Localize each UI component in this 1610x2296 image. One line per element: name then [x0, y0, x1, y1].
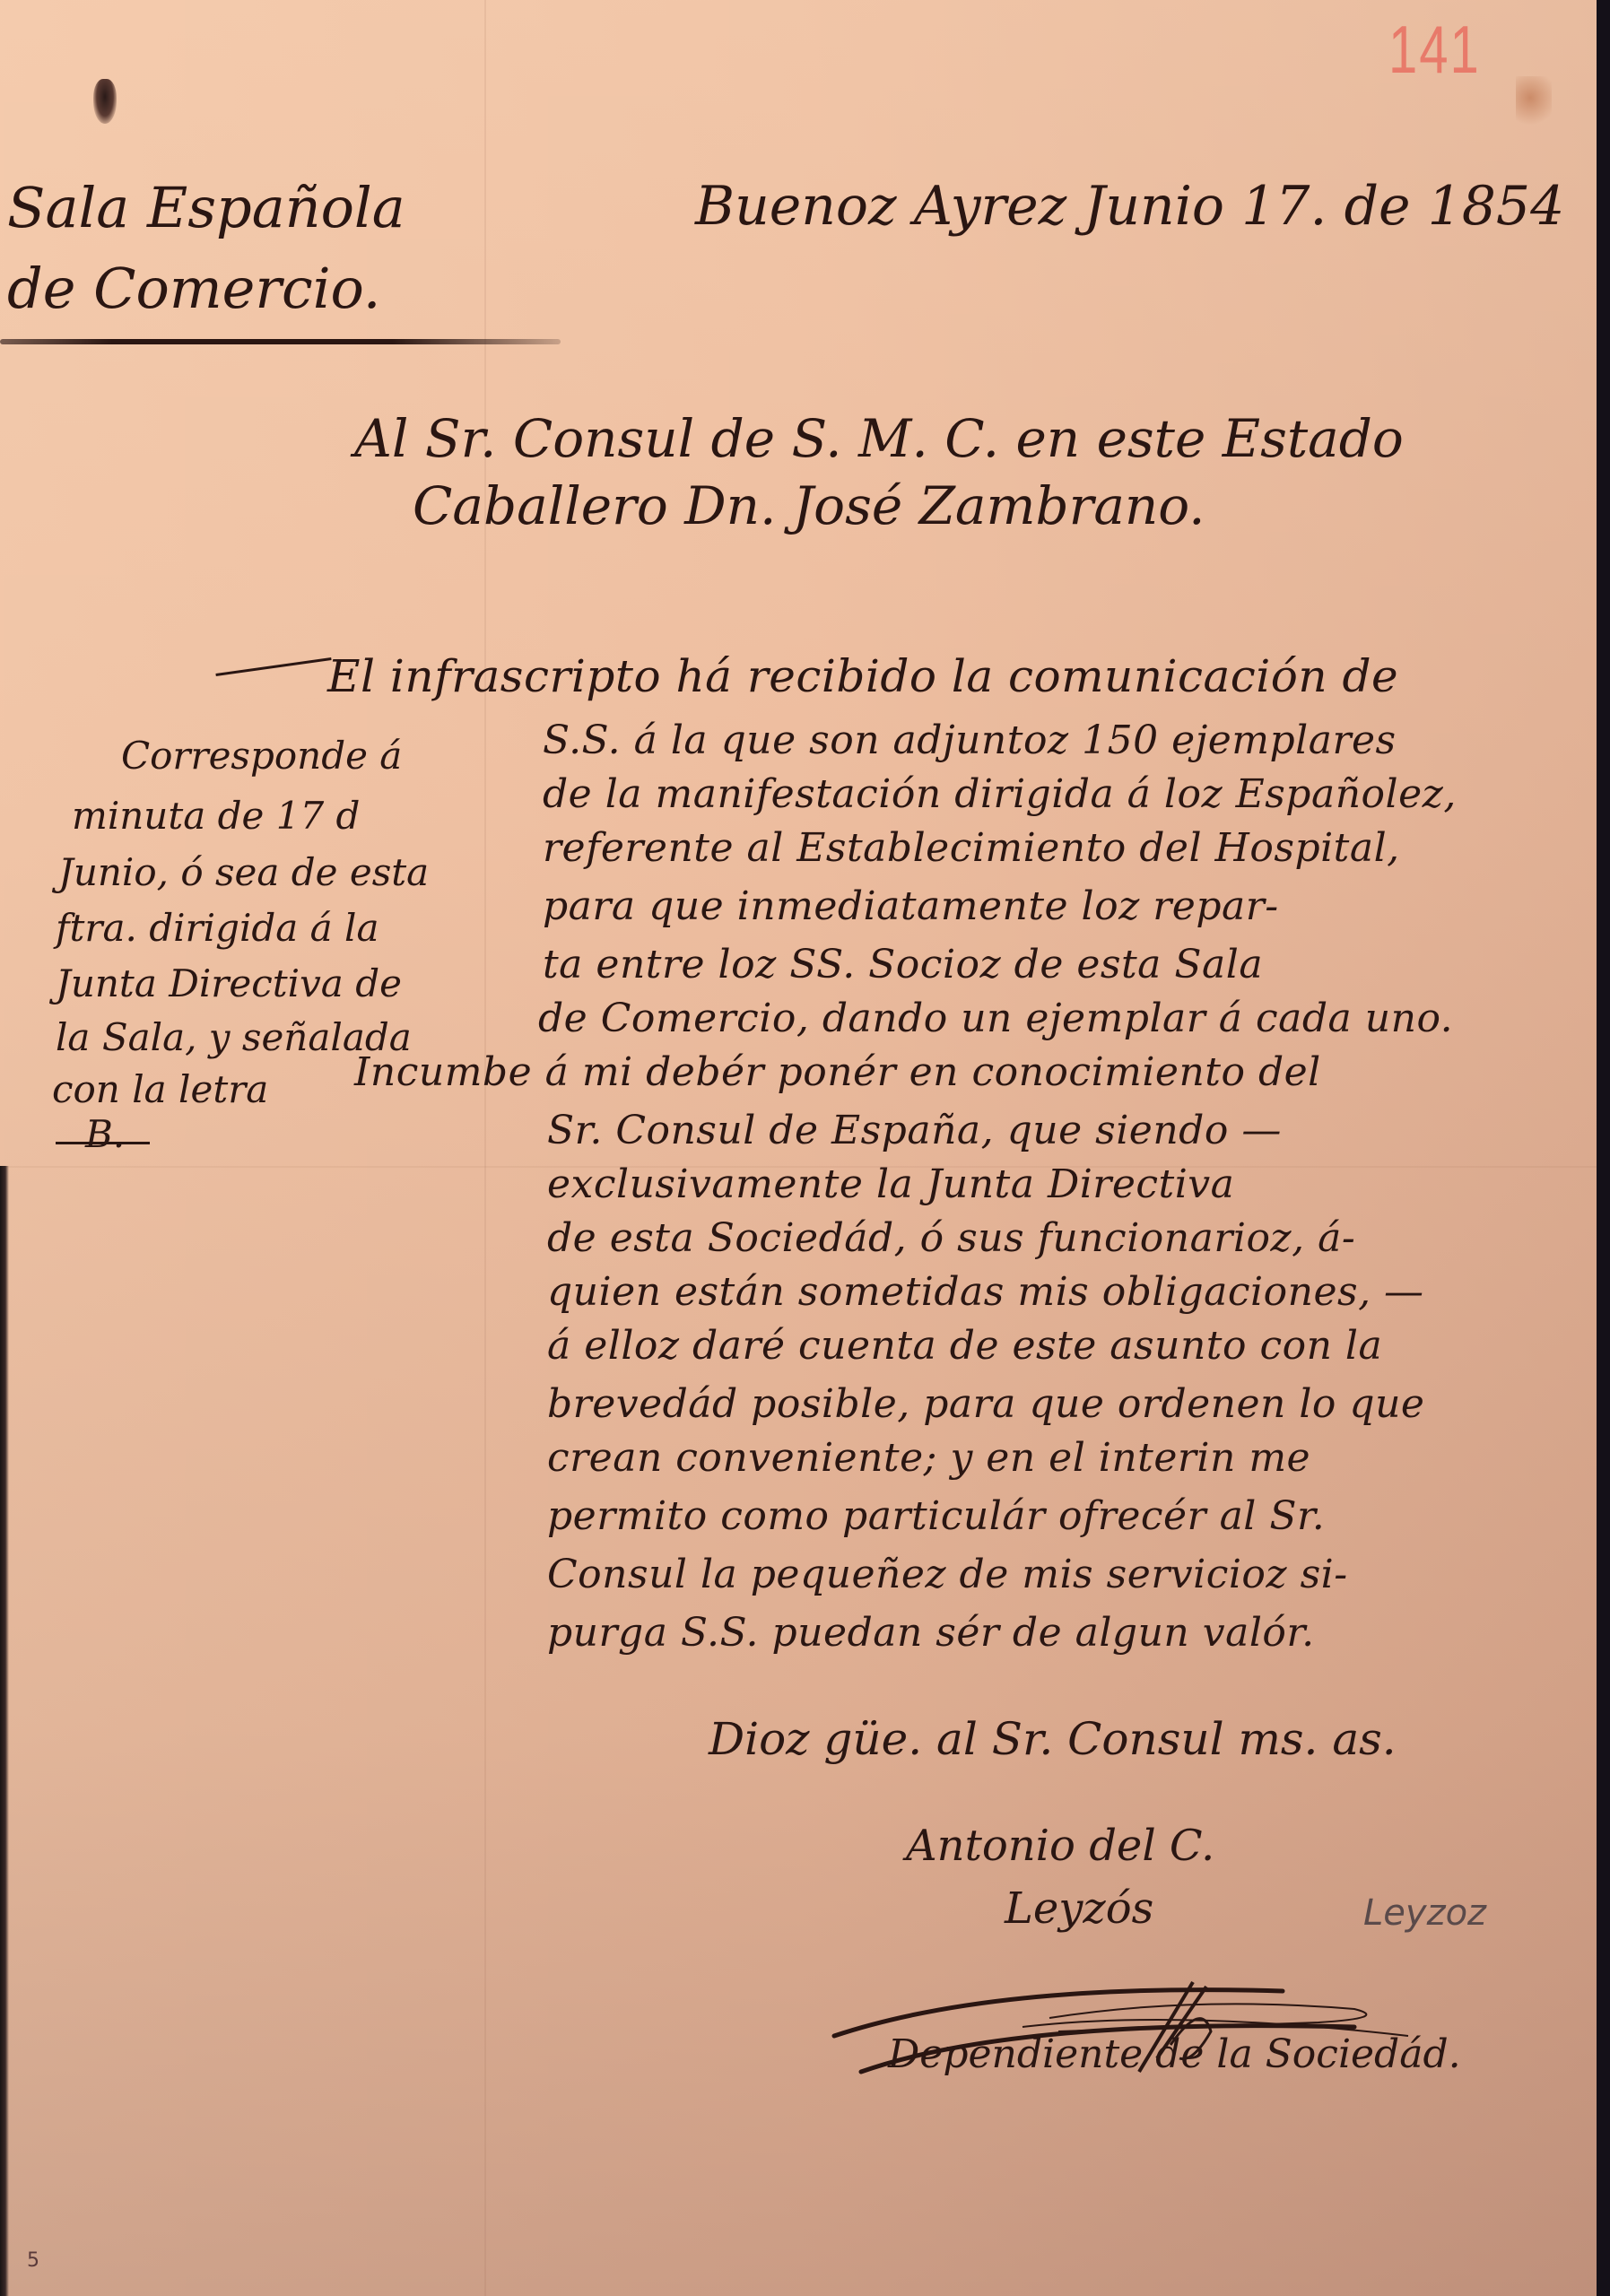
scan-edge-right: [1597, 0, 1610, 2296]
body-line: crean conveniente; y en el interin me: [547, 1435, 1310, 1481]
addressee-line-1: Al Sr. Consul de S. M. C. en este Estado: [354, 408, 1404, 469]
margin-note-line: minuta de 17 d: [72, 794, 360, 838]
body-line: S.S. á la que son adjuntoz 150 ejemplare…: [543, 717, 1397, 763]
body-line: Consul la pequeñez de mis servicioz si-: [547, 1552, 1348, 1597]
body-line: brevedád posible, para que ordenen lo qu…: [547, 1381, 1424, 1427]
scan-edge-left: [0, 1166, 9, 2296]
closing-formula: Dioz güe. al Sr. Consul ms. as.: [709, 1713, 1397, 1765]
place-date: Buenoz Ayrez Junio 17. de 1854: [695, 175, 1564, 238]
margin-note-line: Junio, ó sea de esta: [58, 850, 429, 894]
letterhead-line-1: Sala Española: [7, 175, 405, 240]
signature-name-line-1: Antonio del C.: [906, 1821, 1214, 1871]
body-line: referente al Establecimiento del Hospita…: [543, 825, 1400, 871]
margin-note-line: B.: [85, 1112, 125, 1156]
body-line: quien están sometidas mis obligaciones, …: [547, 1269, 1424, 1315]
signatory-title: Dependiente de la Sociedád.: [888, 2031, 1461, 2077]
letterhead-line-2: de Comercio.: [7, 256, 380, 321]
margin-note-line: Junta Directiva de: [56, 961, 402, 1005]
body-line: purga S.S. puedan sér de algun valór.: [547, 1610, 1315, 1656]
body-line: ta entre loz SS. Socioz de esta Sala: [543, 942, 1263, 987]
signature-name-line-2: Leyzós: [1005, 1883, 1153, 1934]
addressee-line-2: Caballero Dn. José Zambrano.: [413, 475, 1205, 536]
body-line: El infrascripto há recibido la comunicac…: [327, 650, 1398, 702]
body-line: exclusivamente la Junta Directiva: [547, 1161, 1234, 1207]
body-line: Sr. Consul de España, que siendo —: [547, 1108, 1282, 1153]
body-line: á elloz daré cuenta de este asunto con l…: [547, 1323, 1382, 1369]
margin-note-line: Corresponde á: [121, 734, 402, 778]
body-line: de Comercio, dando un ejemplar á cada un…: [538, 996, 1453, 1041]
opening-flourish: [215, 657, 331, 676]
body-line: para que inmediatamente loz repar-: [543, 883, 1279, 929]
paper-fold-vertical: [484, 0, 486, 2296]
ink-stain: [1516, 76, 1552, 130]
margin-note-line: con la letra: [52, 1067, 268, 1111]
margin-note-line: ftra. dirigida á la: [56, 906, 379, 950]
body-line: permito como particulár ofrecér al Sr.: [547, 1493, 1325, 1539]
letterhead-rule: [0, 339, 561, 344]
pencil-annotation: Leyzoz: [1363, 1892, 1486, 1934]
corner-pencil-mark: 5: [27, 2249, 39, 2272]
body-line: Incumbe á mi debér ponér en conocimiento…: [354, 1049, 1321, 1095]
archive-folio-number: 141: [1388, 11, 1481, 89]
document-page: 141 Sala Española de Comercio. Buenoz Ay…: [0, 0, 1597, 2296]
body-line: de esta Sociedád, ó sus funcionarioz, á-: [547, 1215, 1355, 1261]
body-line: de la manifestación dirigida á loz Españ…: [543, 771, 1457, 817]
paper-hole: [93, 79, 117, 124]
margin-note-underline: [56, 1142, 150, 1144]
